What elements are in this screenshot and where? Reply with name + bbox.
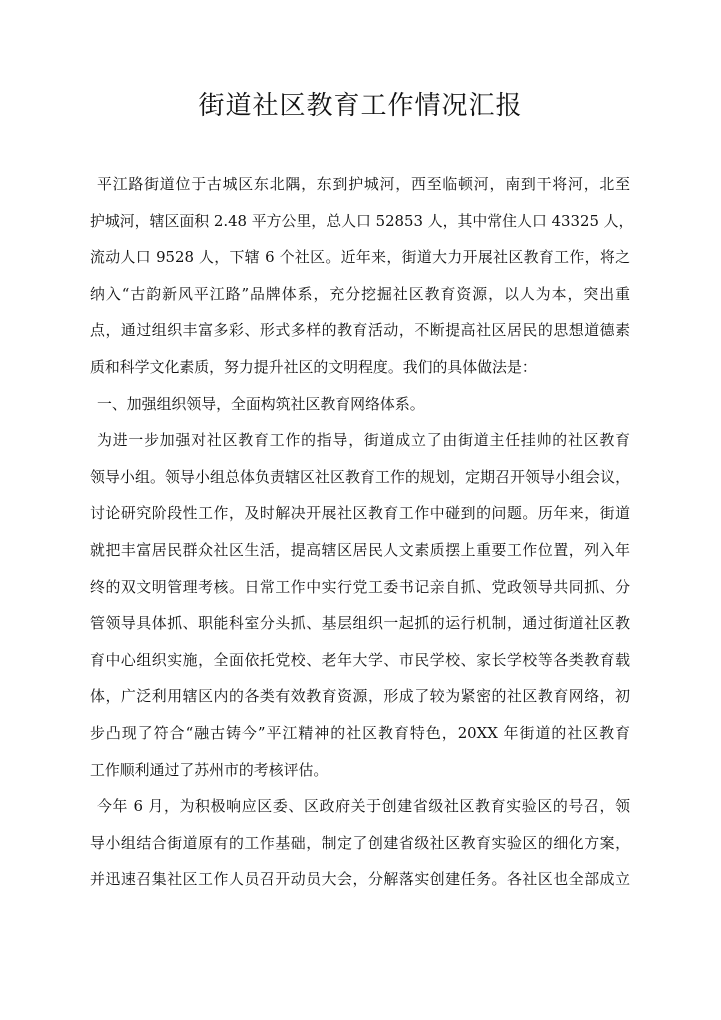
paragraph-line: 领导小组。领导小组总体负责辖区社区教育工作的规划，定期召开领导小组会议，: [90, 459, 630, 496]
document-body: 平江路街道位于古城区东北隅，东到护城河，西至临顿河，南到干将河，北至 护城河，辖…: [90, 166, 630, 898]
paragraph-line: 纳入“古韵新风平江路”品牌体系，充分挖掘社区教育资源，以人为本，突出重: [90, 276, 630, 313]
section-heading: 一、加强组织领导，全面构筑社区教育网络体系。: [90, 386, 630, 423]
document-title: 街道社区教育工作情况汇报: [0, 88, 721, 124]
paragraph-line: 工作顺利通过了苏州市的考核评估。: [90, 752, 630, 789]
paragraph-line: 导小组结合街道原有的工作基础，制定了创建省级社区教育实验区的细化方案，: [90, 825, 630, 862]
paragraph-line: 体，广泛利用辖区内的各类有效教育资源，形成了较为紧密的社区教育网络，初: [90, 678, 630, 715]
paragraph-line: 讨论研究阶段性工作，及时解决开展社区教育工作中碰到的问题。历年来，街道: [90, 495, 630, 532]
paragraph-line: 并迅速召集社区工作人员召开动员大会，分解落实创建任务。各社区也全部成立: [90, 861, 630, 898]
paragraph-line: 育中心组织实施，全面依托党校、老年大学、市民学校、家长学校等各类教育载: [90, 642, 630, 679]
paragraph-line: 质和科学文化素质，努力提升社区的文明程度。我们的具体做法是：: [90, 349, 630, 386]
paragraph-line: 护城河，辖区面积 2.48 平方公里，总人口 52853 人，其中常住人口 43…: [90, 203, 630, 240]
paragraph-line: 步凸现了符合“融古铸今”平江精神的社区教育特色，20XX 年街道的社区教育: [90, 715, 630, 752]
paragraph-line: 终的双文明管理考核。日常工作中实行党工委书记亲自抓、党政领导共同抓、分: [90, 569, 630, 606]
paragraph-line: 就把丰富居民群众社区生活，提高辖区居民人文素质摆上重要工作位置，列入年: [90, 532, 630, 569]
paragraph-line: 今年 6 月，为积极响应区委、区政府关于创建省级社区教育实验区的号召，领: [90, 788, 630, 825]
paragraph-line: 为进一步加强对社区教育工作的指导，街道成立了由街道主任挂帅的社区教育: [90, 422, 630, 459]
paragraph-line: 平江路街道位于古城区东北隅，东到护城河，西至临顿河，南到干将河，北至: [90, 166, 630, 203]
paragraph-line: 点，通过组织丰富多彩、形式多样的教育活动，不断提高社区居民的思想道德素: [90, 312, 630, 349]
paragraph-line: 流动人口 9528 人，下辖 6 个社区。近年来，街道大力开展社区教育工作，将之: [90, 239, 630, 276]
paragraph-line: 管领导具体抓、职能科室分头抓、基层组织一起抓的运行机制，通过街道社区教: [90, 605, 630, 642]
document-page: 街道社区教育工作情况汇报 平江路街道位于古城区东北隅，东到护城河，西至临顿河，南…: [0, 0, 721, 1020]
